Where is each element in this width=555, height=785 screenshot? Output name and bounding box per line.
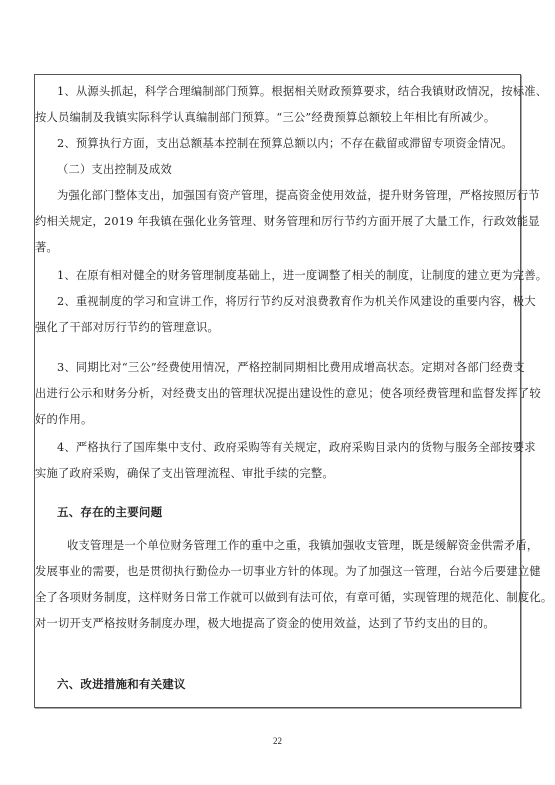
- paragraph-line: 约相关规定，2019 年我镇在强化业务管理、财务管理和厉行节约方面开展了大量工作…: [35, 209, 520, 235]
- paragraph-line: 2、预算执行方面，支出总额基本控制在预算总额以内；不存在截留或滞留专项资金情况。: [35, 131, 542, 157]
- section-heading: 六、改进措施和有关建议: [35, 671, 542, 697]
- paragraph-line: 全了各项财务制度，这样财务日常工作就可以做到有法可依，有章可循，实现管理的规范化…: [35, 585, 520, 611]
- paragraph-line: 1、从源头抓起，科学合理编制部门预算。根据相关财政预算要求，结合我镇财政情况，按…: [35, 79, 542, 105]
- paragraph-line: 著。: [35, 235, 520, 261]
- paragraph-line: 好的作用。: [35, 407, 520, 433]
- paragraph-line: 实施了政府采购，确保了支出管理流程、审批手续的完整。: [35, 461, 520, 487]
- paragraph-line: 出进行公示和财务分析，对经费支出的管理状况提出建设性的意见；使各项经费管理和监督…: [35, 381, 520, 407]
- paragraph-line: 强化了干部对厉行节约的管理意识。: [35, 315, 520, 341]
- section-heading: 五、存在的主要问题: [35, 499, 542, 525]
- page-number: 22: [0, 736, 555, 746]
- paragraph-line: 按人员编制及我镇实际科学认真编制部门预算。“三公”经费预算总额较上年相比有所减少…: [35, 105, 520, 131]
- paragraph-line: 3、同期比对“三公”经费使用情况，严格控制同期相比费用成增高状态。定期对各部门经…: [35, 355, 542, 381]
- paragraph-line: 发展事业的需要，也是贯彻执行勤俭办一切事业方针的体现。为了加强这一管理，台站今后…: [35, 559, 520, 585]
- paragraph-line: 2、重视制度的学习和宣讲工作，将厉行节约反对浪费教育作为机关作风建设的重要内容，…: [35, 289, 542, 315]
- paragraph-line: 为强化部门整体支出，加强国有资产管理，提高资金使用效益，提升财务管理，严格按照厉…: [35, 183, 542, 209]
- document-table-cell: 1、从源头抓起，科学合理编制部门预算。根据相关财政预算要求，结合我镇财政情况，按…: [34, 74, 521, 708]
- subsection-heading: （二）支出控制及成效: [35, 157, 542, 183]
- paragraph-line: 4、严格执行了国库集中支付、政府采购等有关规定，政府采购目录内的货物与服务全部按…: [35, 435, 542, 461]
- paragraph-line: 对一切开支严格按财务制度办理，极大地提高了资金的使用效益，达到了节约支出的目的。: [35, 611, 520, 637]
- paragraph-line: 1、在原有相对健全的财务管理制度基础上，进一度调整了相关的制度，让制度的建立更为…: [35, 263, 542, 289]
- paragraph-line: 收支管理是一个单位财务管理工作的重中之重，我镇加强收支管理，既是缓解资金供需矛盾…: [35, 533, 552, 559]
